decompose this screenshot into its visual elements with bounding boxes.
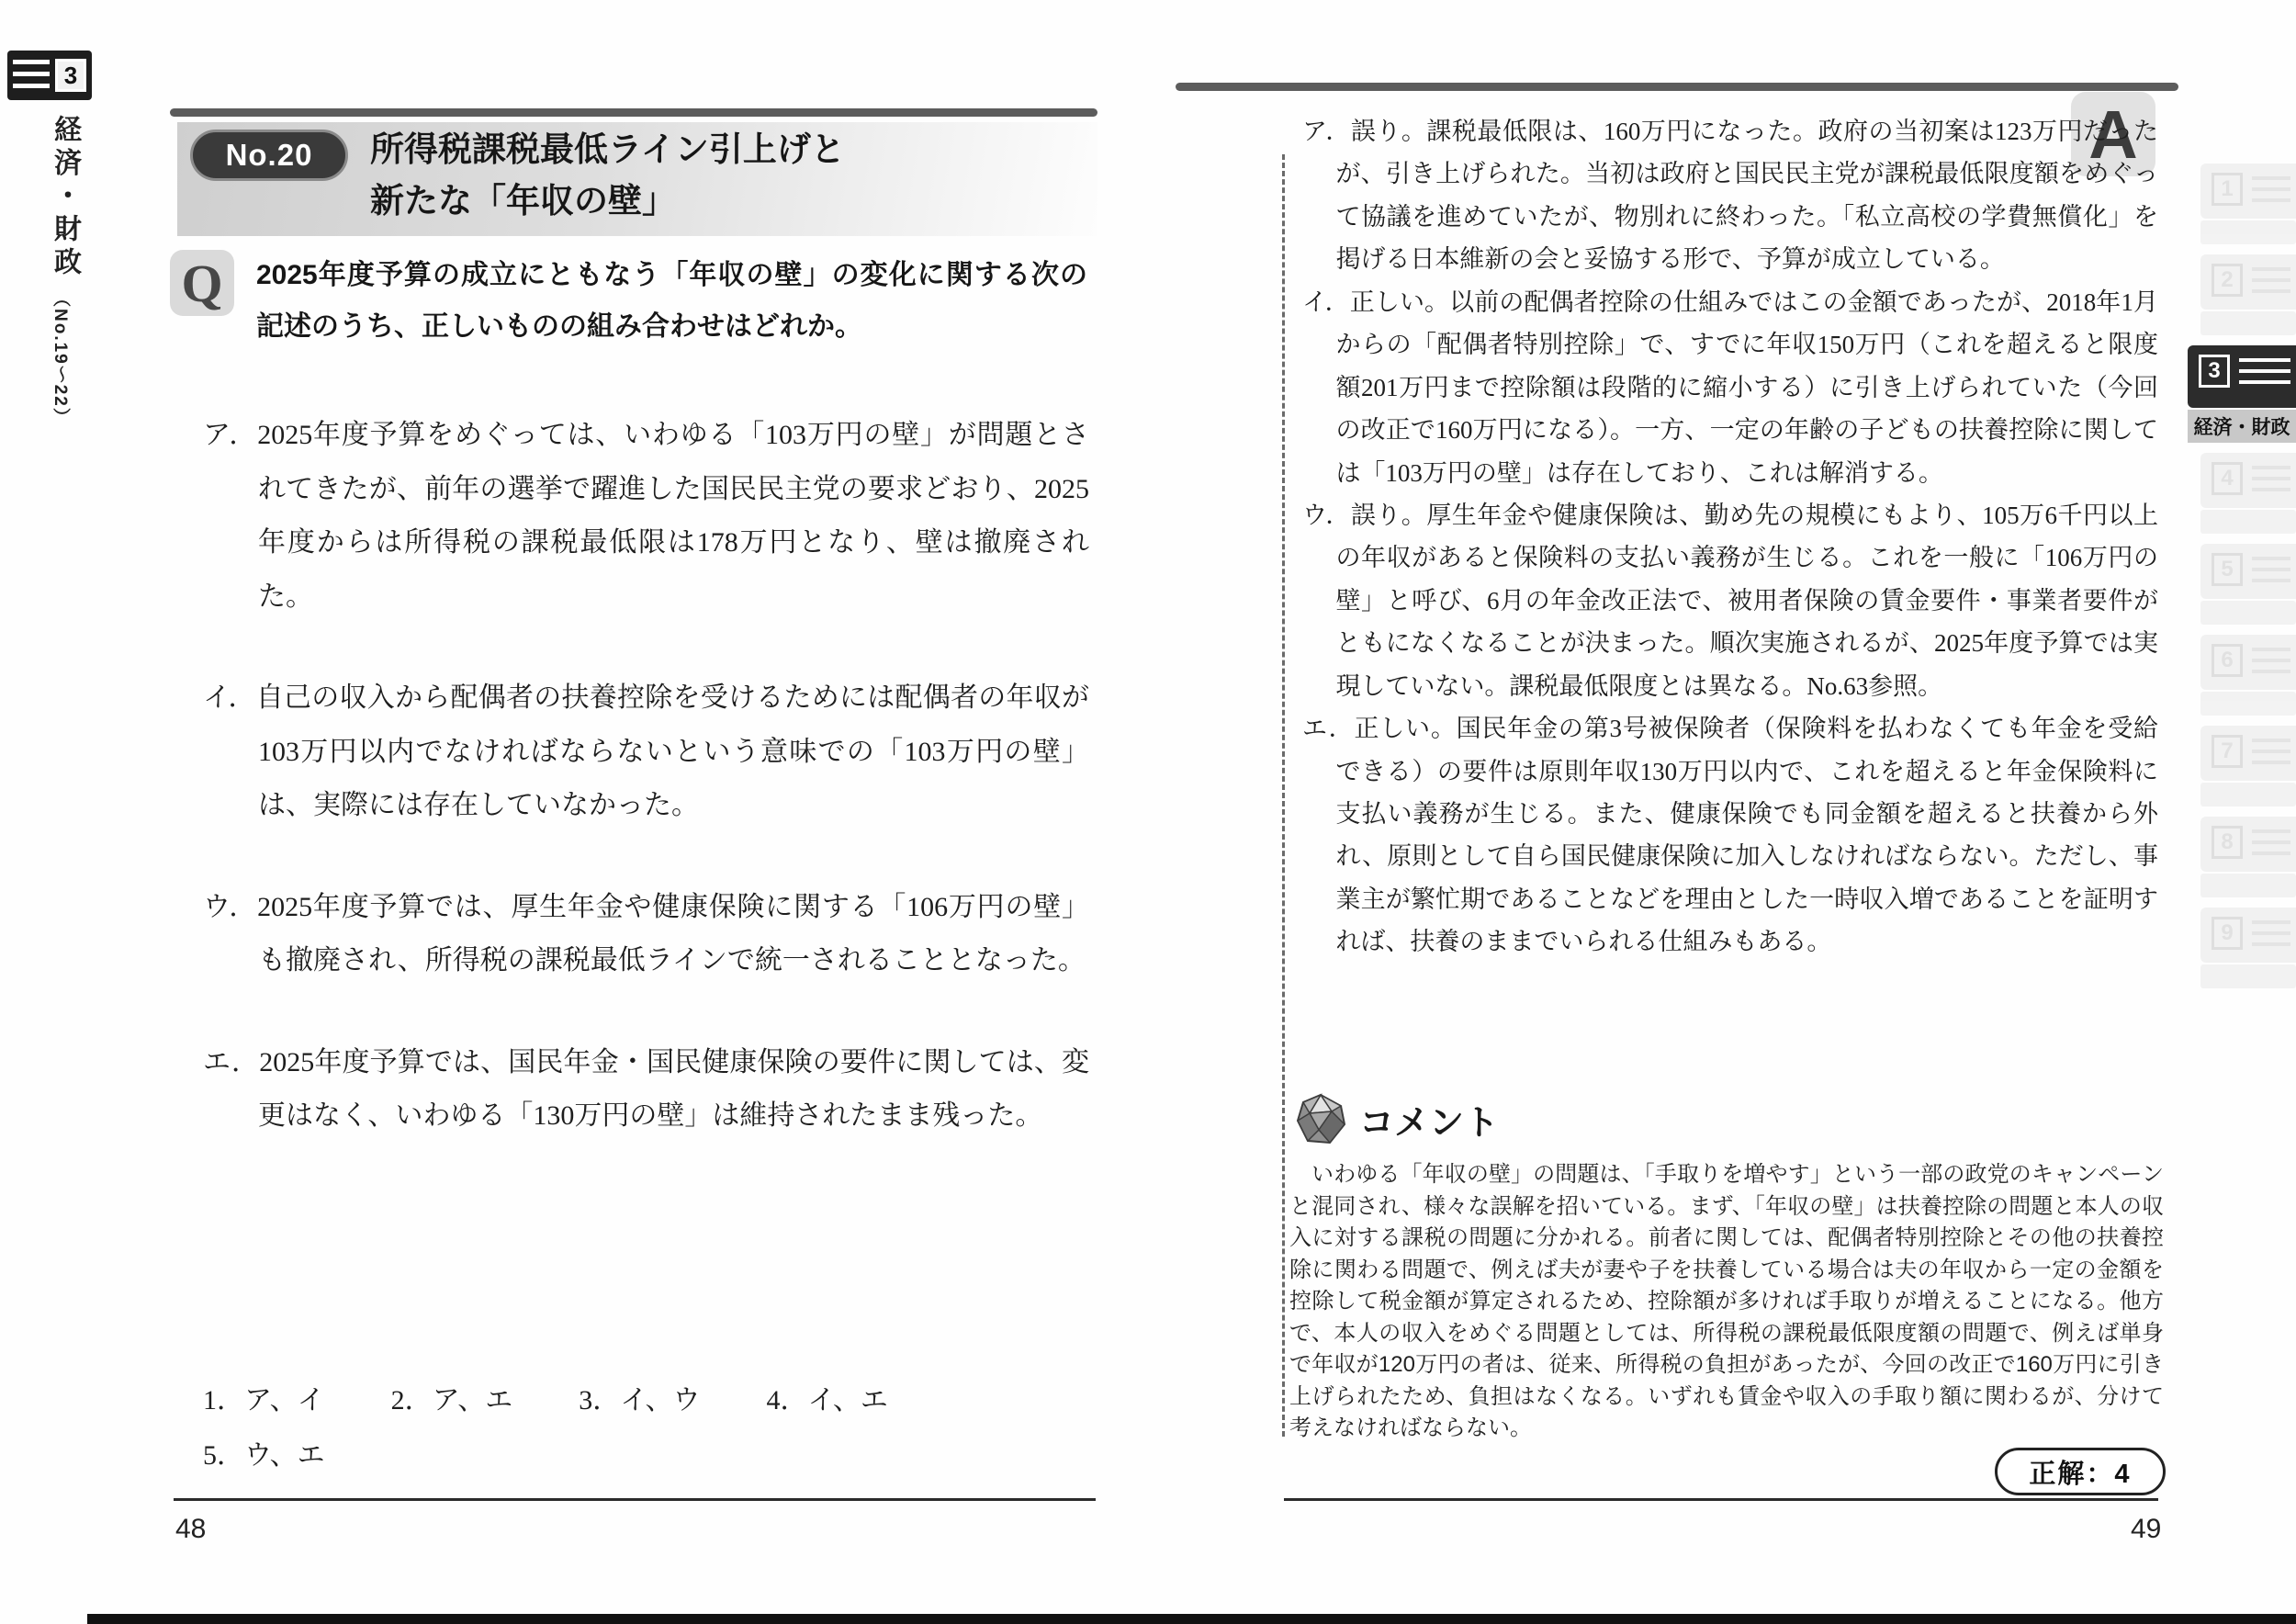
explanation-e-text: 正しい。国民年金の第3号被保険者（保険料を払わなくても年金を受給できる）の要件は… — [1335, 715, 2158, 955]
edge-tab-1: 1 — [2200, 164, 2296, 219]
explanation-i-text: 正しい。以前の配偶者控除の仕組みではこの金額であったが、2018年1月からの「配… — [1335, 288, 2158, 487]
stripes-icon — [2252, 557, 2290, 584]
option-u-label: ウ． — [203, 892, 257, 922]
choice-1: 1．ア、イ — [203, 1385, 325, 1415]
edge-tab-9-number: 9 — [2212, 917, 2243, 950]
stripes-icon — [2252, 829, 2290, 857]
option-a-label: ア． — [203, 420, 257, 450]
edge-tab-5-number: 5 — [2212, 553, 2243, 586]
top-rule-right — [1176, 83, 2178, 91]
edge-tab-4-label — [2200, 510, 2296, 534]
dashed-divider — [1282, 154, 1285, 1437]
stripes-icon — [2252, 739, 2290, 766]
book-spread: 3 経済・財政 （No.19〜22） No.20 所得税課税最低ライン引上げと … — [0, 0, 2296, 1624]
edge-tab-3-number: 3 — [2199, 355, 2230, 388]
chapter-label-vertical: 経済・財政 — [44, 115, 84, 280]
edge-tab-3-label: 経済・財政 — [2188, 410, 2296, 443]
explanation-a: ア．誤り。課税最低限は、160万円になった。政府の当初案は123万円だったが、引… — [1302, 110, 2158, 281]
explanation-u: ウ．誤り。厚生年金や健康保険は、勤め先の規模にもより、105万6千円以上の年収が… — [1302, 494, 2158, 707]
question-title-line2: 新たな「年収の壁」 — [370, 182, 676, 220]
question-text: 2025年度予算の成立にともなう「年収の壁」の変化に関する次の記述のうち、正しい… — [256, 250, 1087, 352]
edge-tab-6-label — [2200, 692, 2296, 716]
choice-2: 2．ア、エ — [391, 1385, 513, 1415]
chapter-badge: 3 — [7, 51, 92, 100]
comment-title: コメント — [1359, 1094, 1499, 1145]
bottom-rule-right — [1284, 1498, 2158, 1501]
edge-tab-5-label — [2200, 601, 2296, 625]
top-rule-left — [170, 108, 1097, 117]
page-number-right: 49 — [2131, 1514, 2161, 1545]
option-u: ウ．2025年度予算では、厚生年金や健康保険に関する「106万円の壁」も撤廃され… — [203, 881, 1089, 988]
correct-answer-badge: 正解：4 — [1995, 1448, 2166, 1495]
stripes-icon — [13, 60, 50, 91]
edge-tab-2-label — [2200, 311, 2296, 335]
edge-tab-8: 8 — [2200, 817, 2296, 872]
chapter-sidebar: 3 経済・財政 （No.19〜22） — [7, 51, 99, 427]
explanation-i: イ．正しい。以前の配偶者控除の仕組みではこの金額であったが、2018年1月からの… — [1302, 281, 2158, 494]
question-title: 所得税課税最低ライン引上げと 新たな「年収の壁」 — [370, 124, 1086, 226]
stripes-icon — [2252, 648, 2290, 675]
gem-icon — [1295, 1093, 1346, 1145]
explanation-i-label: イ． — [1302, 288, 1350, 316]
question-block: Q 2025年度予算の成立にともなう「年収の壁」の変化に関する次の記述のうち、正… — [170, 250, 1097, 352]
bottom-rule-left — [174, 1498, 1096, 1501]
comment-header: コメント — [1295, 1093, 1499, 1145]
edge-tab-5: 5 — [2200, 544, 2296, 599]
option-e: エ．2025年度予算では、国民年金・国民健康保険の要件に関しては、変更はなく、い… — [203, 1036, 1089, 1144]
chapter-number: 3 — [55, 59, 86, 92]
edge-tab-8-number: 8 — [2212, 826, 2243, 859]
choice-5: 5．ウ、エ — [203, 1440, 325, 1471]
explanation-e-label: エ． — [1302, 715, 1354, 742]
stripes-icon — [2252, 466, 2290, 493]
option-list: ア．2025年度予算をめぐっては、いわゆる「103万円の壁」が問題とされてきたが… — [203, 409, 1089, 1191]
edge-tab-7-number: 7 — [2212, 735, 2243, 768]
option-a-text: 2025年度予算をめぐっては、いわゆる「103万円の壁」が問題とされてきたが、前… — [257, 420, 1089, 612]
choice-3: 3．イ、ウ — [579, 1385, 700, 1415]
explanation-u-text: 誤り。厚生年金や健康保険は、勤め先の規模にもより、105万6千円以上の年収がある… — [1335, 502, 2158, 700]
comment-text: いわゆる「年収の壁」の問題は、「手取りを増やす」という一部の政党のキャンペーンと… — [1289, 1159, 2164, 1445]
stripes-icon — [2239, 358, 2290, 386]
question-title-band: No.20 所得税課税最低ライン引上げと 新たな「年収の壁」 — [177, 122, 1097, 236]
edge-tab-3-active: 3 経済・財政 — [2188, 345, 2296, 408]
option-i-text: 自己の収入から配偶者の扶養控除を受けるためには配偶者の年収が103万円以内でなけ… — [256, 682, 1089, 820]
stripes-icon — [2252, 920, 2290, 948]
answer-choices-row2: 5．ウ、エ — [203, 1428, 1089, 1483]
edge-tab-8-label — [2200, 874, 2296, 897]
question-number-badge: No.20 — [190, 130, 348, 181]
stripes-icon — [2252, 267, 2290, 295]
option-e-label: エ． — [203, 1047, 259, 1077]
edge-chapter-tabs: 1 2 3 経済・財政 4 5 6 7 — [2188, 164, 2296, 987]
explanation-a-text: 誤り。課税最低限は、160万円になった。政府の当初案は123万円だったが、引き上… — [1335, 118, 2158, 273]
edge-tab-4: 4 — [2200, 453, 2296, 508]
chapter-range-vertical: （No.19〜22） — [48, 289, 73, 427]
stripes-icon — [2252, 176, 2290, 204]
page-number-left: 48 — [175, 1514, 206, 1545]
edge-tab-9: 9 — [2200, 908, 2296, 963]
scan-edge-bar — [87, 1614, 2296, 1624]
edge-tab-2: 2 — [2200, 254, 2296, 310]
question-title-line1: 所得税課税最低ライン引上げと — [370, 130, 845, 168]
edge-tab-1-label — [2200, 220, 2296, 244]
option-i-label: イ． — [203, 682, 256, 713]
question-q-icon: Q — [170, 250, 234, 316]
answer-choices-row1: 1．ア、イ2．ア、エ3．イ、ウ4．イ、エ — [203, 1373, 1089, 1428]
edge-tab-2-number: 2 — [2212, 264, 2243, 297]
left-page: No.20 所得税課税最低ライン引上げと 新たな「年収の壁」 Q 2025年度予… — [170, 0, 1099, 1624]
edge-tab-7-label — [2200, 783, 2296, 806]
answer-choices: 1．ア、イ2．ア、エ3．イ、ウ4．イ、エ 5．ウ、エ — [203, 1373, 1089, 1483]
edge-tab-4-number: 4 — [2212, 462, 2243, 495]
explanation-list: ア．誤り。課税最低限は、160万円になった。政府の当初案は123万円だったが、引… — [1302, 110, 2158, 964]
option-a: ア．2025年度予算をめぐっては、いわゆる「103万円の壁」が問題とされてきたが… — [203, 409, 1089, 624]
option-e-text: 2025年度予算では、国民年金・国民健康保険の要件に関しては、変更はなく、いわゆ… — [258, 1047, 1089, 1132]
explanation-u-label: ウ． — [1302, 502, 1351, 529]
edge-tab-6: 6 — [2200, 635, 2296, 690]
option-u-text: 2025年度予算では、厚生年金や健康保険に関する「106万円の壁」も撤廃され、所… — [257, 892, 1089, 976]
choice-4: 4．イ、エ — [767, 1385, 888, 1415]
edge-tab-6-number: 6 — [2212, 644, 2243, 677]
explanation-e: エ．正しい。国民年金の第3号被保険者（保険料を払わなくても年金を受給できる）の要… — [1302, 707, 2158, 964]
edge-tab-9-label — [2200, 964, 2296, 988]
option-i: イ．自己の収入から配偶者の扶養控除を受けるためには配偶者の年収が103万円以内で… — [203, 671, 1089, 833]
explanation-a-label: ア． — [1302, 118, 1351, 145]
right-page: A ア．誤り。課税最低限は、160万円になった。政府の当初案は123万円だったが… — [1176, 0, 2186, 1624]
edge-tab-7: 7 — [2200, 726, 2296, 781]
edge-tab-1-number: 1 — [2212, 173, 2243, 206]
